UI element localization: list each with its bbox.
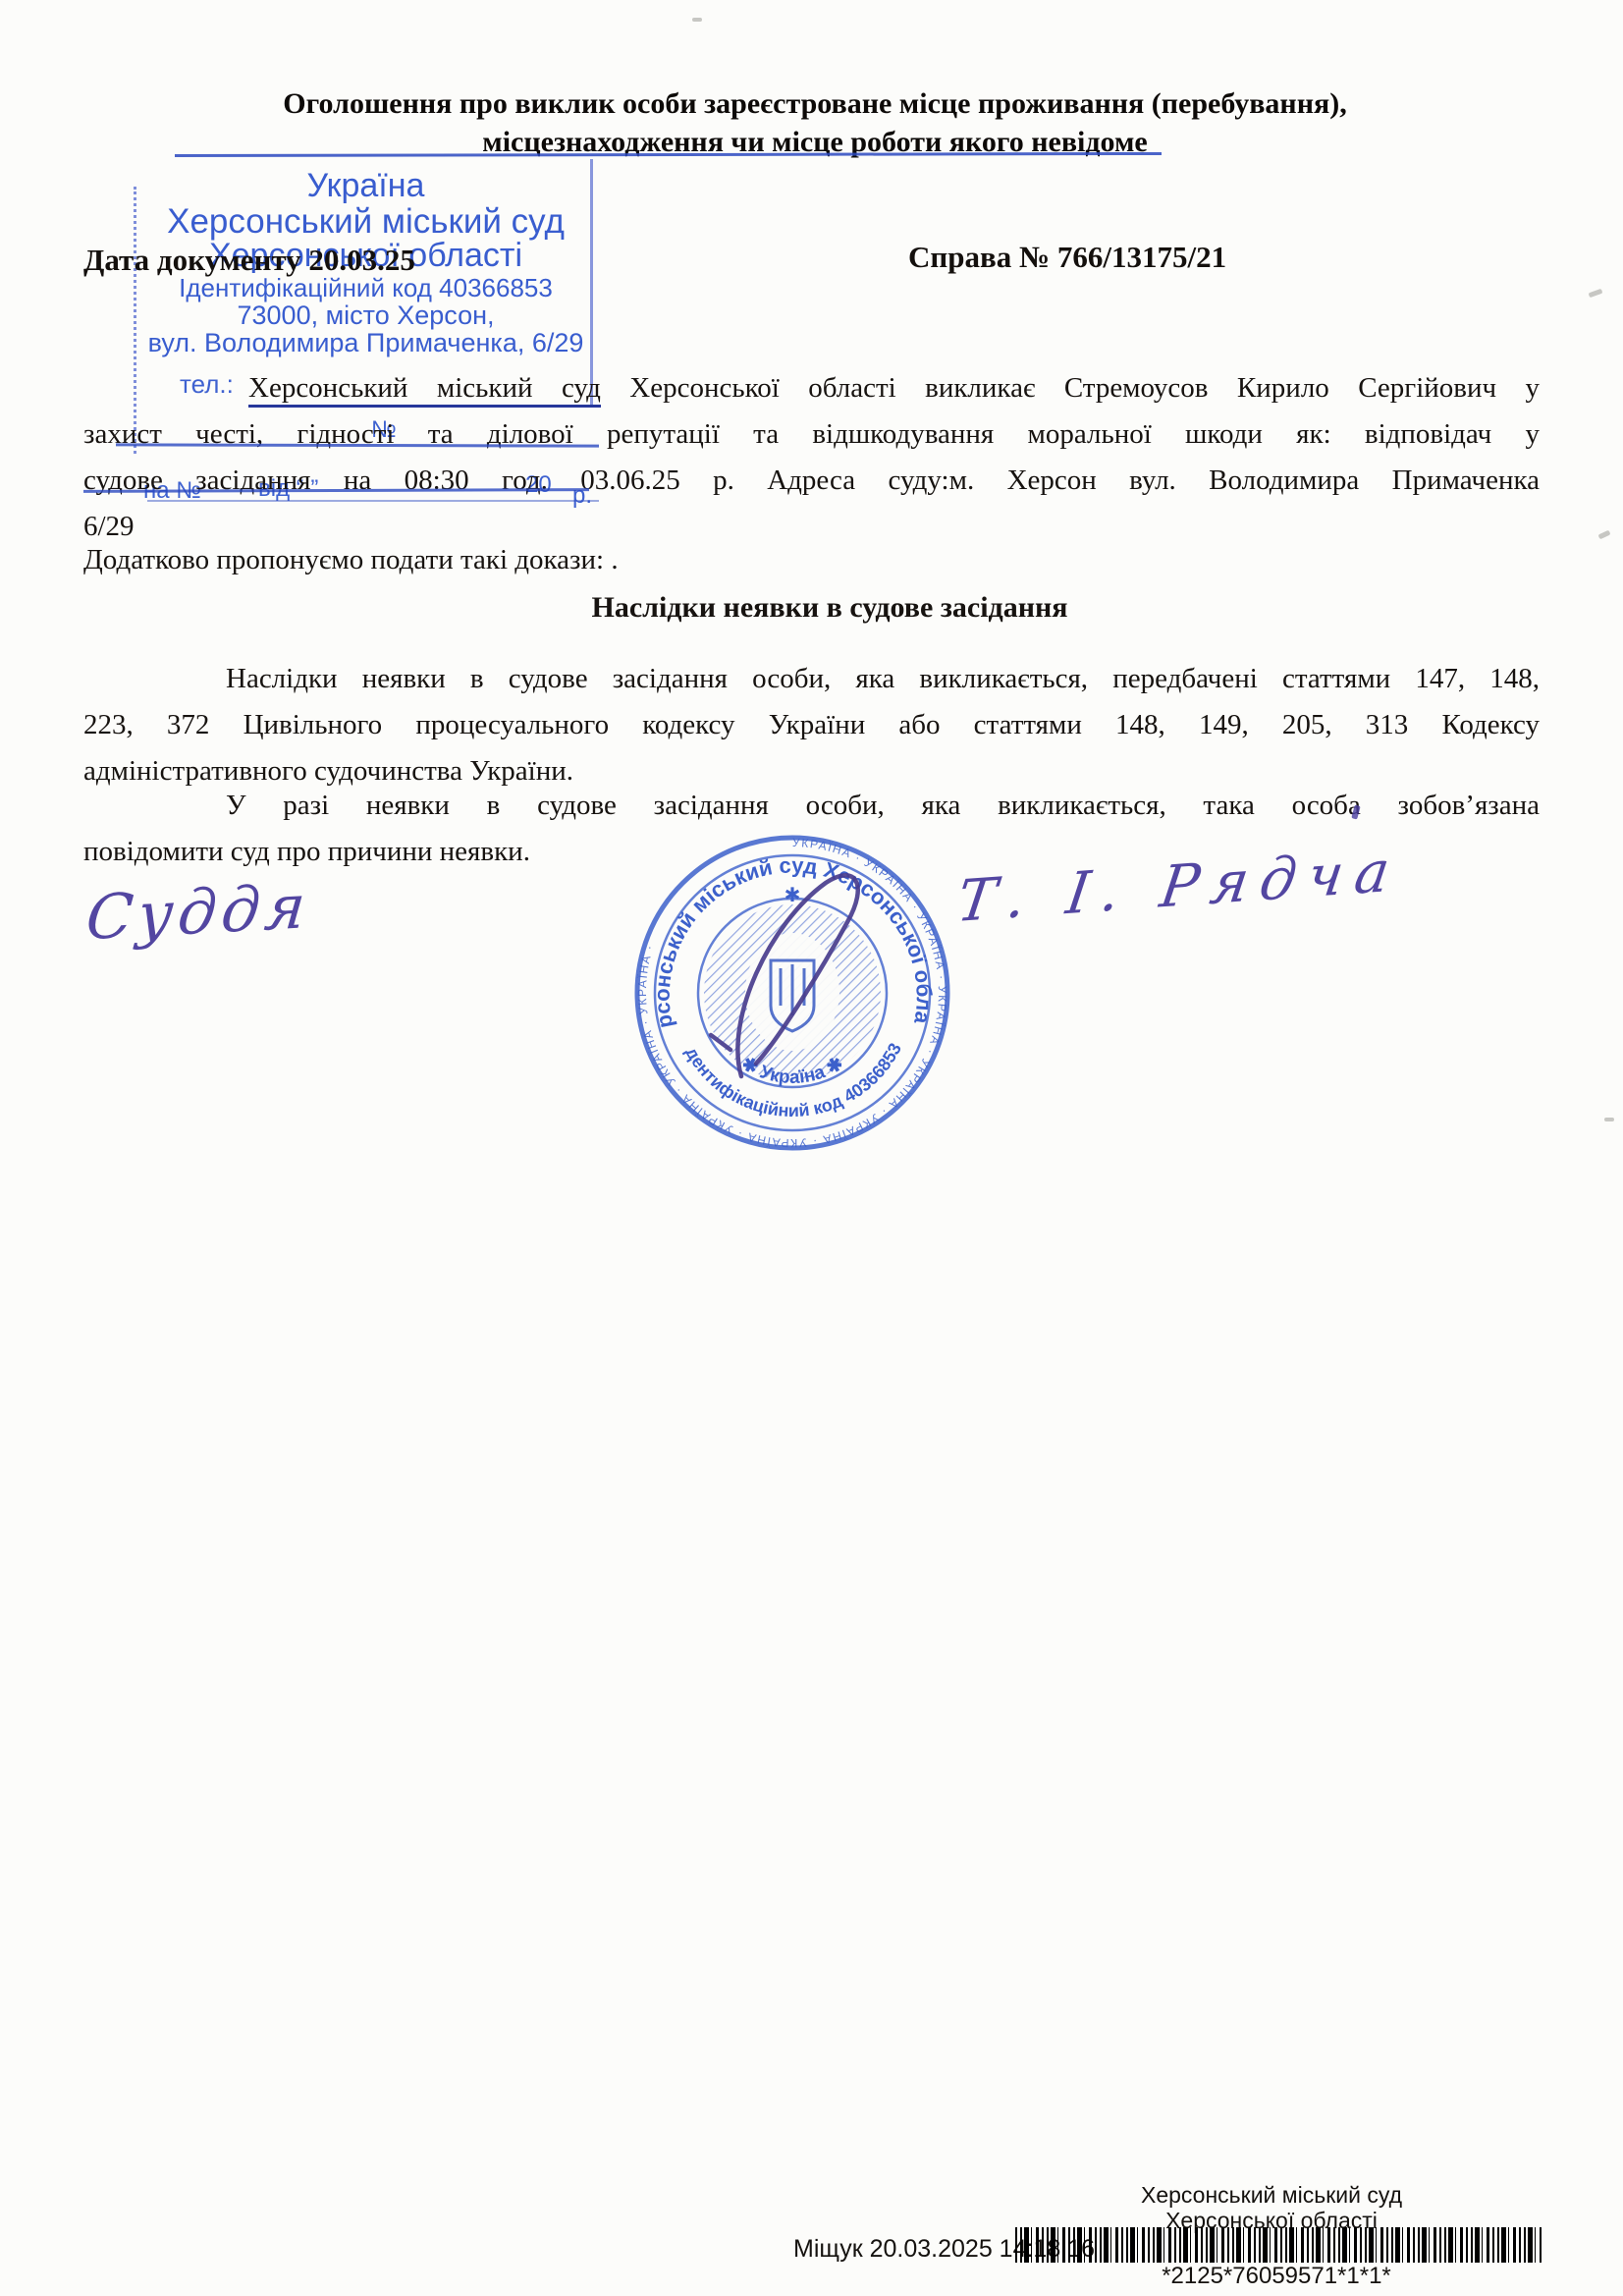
stamp-address-line2: вул. Володимира Примаченка, 6/29: [118, 328, 614, 358]
footer-court-line1: Херсонський міський суд: [1109, 2182, 1434, 2209]
section-heading: Наслідки неявки в судове засідання: [118, 591, 1542, 625]
document-title-line1: Оголошення про виклик особи зареєстрован…: [79, 84, 1551, 123]
paragraph1-line1-rest: Херсонської області викликає Стремоусов …: [601, 372, 1540, 404]
stamp-address-line1: 73000, місто Херсон,: [137, 301, 594, 331]
body-paragraph4-line1: У разі неявки в судове засідання особи, …: [83, 783, 1540, 829]
case-number-line: Справа № 766/13175/21: [908, 240, 1226, 275]
document-title: Оголошення про виклик особи зареєстрован…: [79, 84, 1551, 161]
court-name-underlined: Херсонський міський суд: [248, 372, 601, 408]
body-paragraph1-line2: захист честі, гідності та ділової репута…: [83, 411, 1540, 458]
scan-speck: [1598, 530, 1611, 540]
seal-top-asterisk: ✱: [784, 885, 801, 906]
body-paragraph3-line1: Наслідки неявки в судове засідання особи…: [83, 656, 1540, 702]
barcode: [1015, 2227, 1542, 2263]
stamp-country: Україна: [137, 167, 594, 205]
stamp-strike-line-3: [147, 500, 599, 502]
barcode-caption: *2125*76059571*1*1*: [1129, 2263, 1424, 2290]
court-seal: УКРАЇНА · УКРАЇНА · УКРАЇНА · УКРАЇНА · …: [626, 827, 958, 1159]
document-date-line: Дата документу 20.03.25: [83, 243, 415, 278]
body-paragraph3-line2: 223, 372 Цивільного процесуального кодек…: [83, 702, 1540, 748]
judge-handwritten-label: Суддя: [83, 870, 313, 954]
scan-speck: [692, 18, 702, 22]
body-paragraph2: Додатково пропонуємо подати такі докази:…: [83, 537, 1540, 583]
scanned-court-document: Оголошення про виклик особи зареєстрован…: [0, 0, 1623, 2296]
scan-speck: [1604, 1118, 1614, 1121]
body-paragraph1-line3: судове засідання на 08:30 год. 03.06.25 …: [83, 458, 1540, 504]
scan-speck: [1589, 289, 1603, 298]
body-paragraph1-line1: Херсонський міський суд Херсонської обла…: [83, 365, 1540, 411]
stamp-court-name: Херсонський міський суд: [137, 202, 594, 242]
